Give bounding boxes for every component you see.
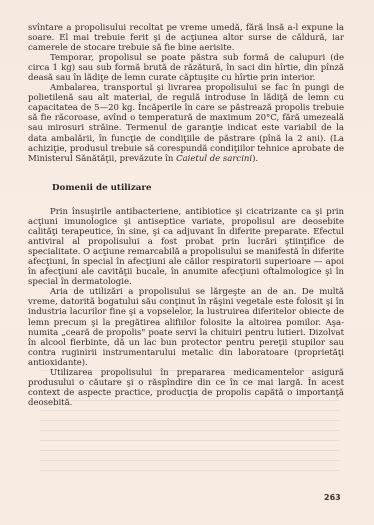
paragraph-temporary-storage: Temporar, propolisul se poate păstra sub… <box>28 53 344 83</box>
paragraph-medical-uses: Utilizarea propolisului în prepararea me… <box>28 368 344 408</box>
page-number: 263 <box>324 493 341 502</box>
book-page: svîntare a propolisului recoltat pe vrem… <box>0 0 374 525</box>
section-storage: svîntare a propolisului recoltat pe vrem… <box>28 23 344 164</box>
section-uses: Prin însuşirile antibacteriene, antibiot… <box>28 207 344 408</box>
specification-reference: Caietul de sarcini <box>176 154 252 164</box>
paragraph-drying: svîntare a propolisului recoltat pe vrem… <box>28 23 344 53</box>
paragraph-packaging: Ambalarea, transportul şi livrarea propo… <box>28 83 344 163</box>
section-heading: Domenii de utilizare <box>52 183 152 193</box>
paragraph-industrial-uses: Aria de utilizări a propolisului se lărg… <box>28 287 344 367</box>
paragraph-therapeutic: Prin însuşirile antibacteriene, antibiot… <box>28 207 344 287</box>
packaging-text-end: ). <box>252 154 258 164</box>
packaging-text: Ambalarea, transportul şi livrarea propo… <box>28 83 344 163</box>
